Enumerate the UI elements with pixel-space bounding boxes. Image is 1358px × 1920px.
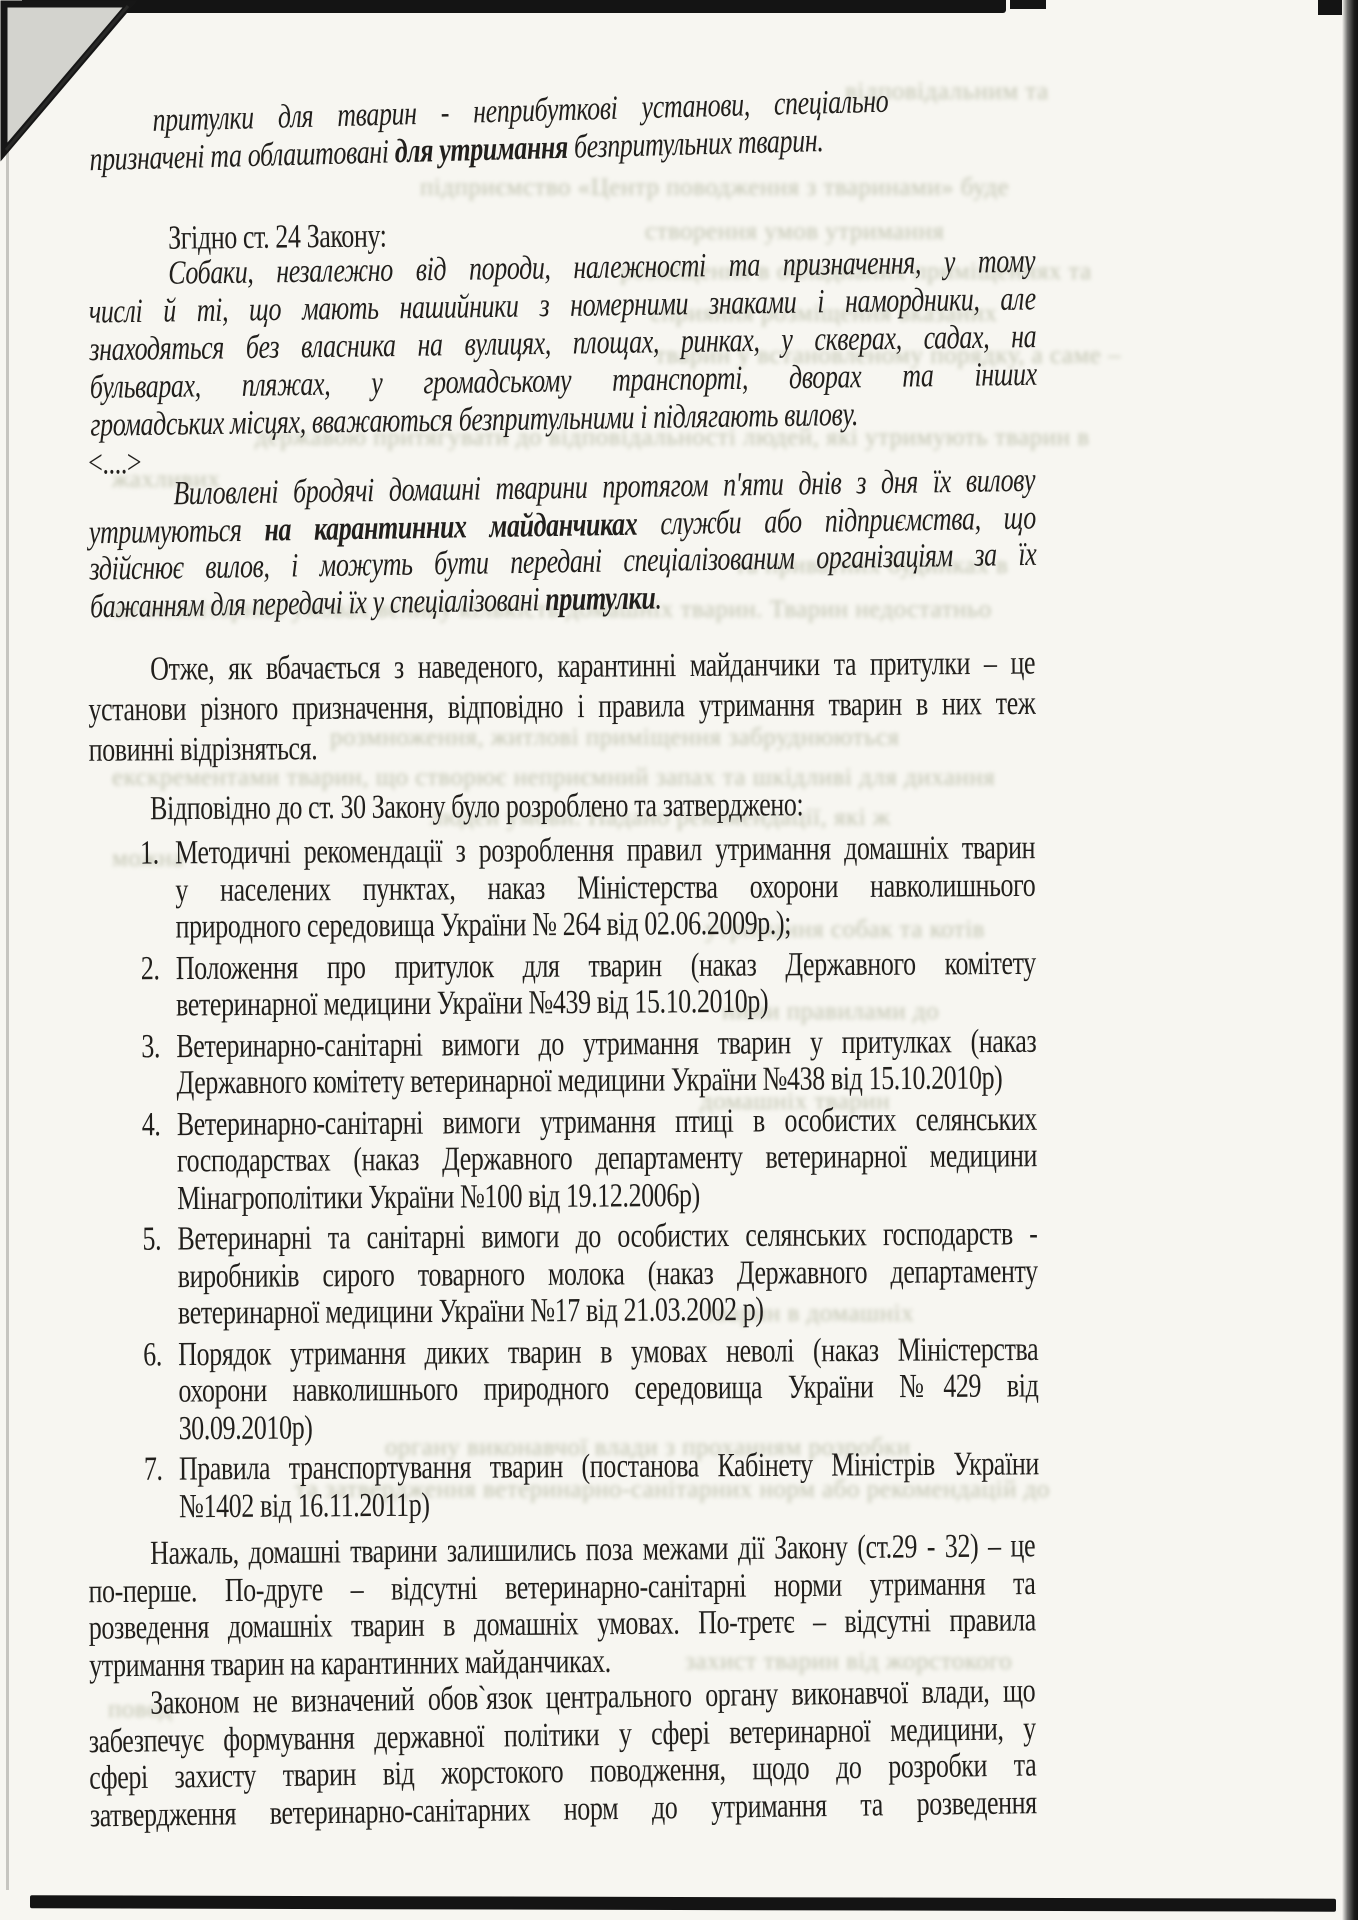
quote-stray-dogs: Собаки, незалежно від породи, належності… bbox=[88, 242, 1038, 444]
list-item-number: 1. bbox=[140, 835, 159, 872]
scan-edge-top-2 bbox=[1010, 0, 1046, 9]
folded-corner bbox=[0, 0, 150, 165]
law-item-text: Правила транспортування тварин (постанов… bbox=[179, 1446, 1039, 1525]
law-list-item-7: 7. Правила транспортування тварин (поста… bbox=[144, 1446, 1039, 1526]
quote-caught-animals: Виловлені бродячі домашні тварини протяг… bbox=[88, 462, 1037, 625]
law-item-text: Ветеринарні та санітарні вимоги до особи… bbox=[177, 1216, 1038, 1332]
scan-edge-right bbox=[1342, 0, 1358, 1920]
scan-edge-left bbox=[6, 150, 9, 1890]
list-item-number: 6. bbox=[143, 1336, 162, 1373]
list-item-number: 4. bbox=[142, 1106, 161, 1143]
law-list-item-2: 2. Положення про притулок для тварин (на… bbox=[141, 945, 1036, 1025]
law-list-item-5: 5. Ветеринарні та санітарні вимоги до ос… bbox=[142, 1216, 1038, 1333]
heading-article-30-list: Відповідно до ст. 30 Закону було розробл… bbox=[88, 785, 1035, 828]
law-list-item-6: 6. Порядок утримання диких тварин в умов… bbox=[143, 1331, 1039, 1448]
bleedthrough-text: підприємство «Центр поводження з тварина… bbox=[420, 174, 1009, 202]
law-list-item-3: 3. Ветеринарно-санітарні вимоги до утрим… bbox=[141, 1023, 1036, 1103]
list-item-number: 7. bbox=[144, 1451, 163, 1488]
law-item-text: Методичні рекомендації з розроблення пра… bbox=[175, 830, 1036, 946]
law-list-item-1: 1. Методичні рекомендації з розроблення … bbox=[140, 830, 1036, 947]
scan-edge-top bbox=[22, 0, 1006, 13]
paragraph-law-gap: Законом не визначений обов`язок централь… bbox=[88, 1673, 1037, 1834]
list-item-number: 3. bbox=[141, 1028, 160, 1065]
list-item-number: 2. bbox=[141, 950, 160, 987]
scanned-page: відповідальним тапідприємство «Центр пов… bbox=[0, 0, 1358, 1920]
law-item-text: Порядок утримання диких тварин в умовах … bbox=[178, 1331, 1039, 1447]
law-item-text: Ветеринарно-санітарні вимоги утримання п… bbox=[177, 1101, 1038, 1217]
law-list: 1. Методичні рекомендації з розроблення … bbox=[140, 830, 1039, 1530]
list-item-number: 5. bbox=[142, 1221, 161, 1258]
paragraph-conclusion: Отже, як вбачається з наведеного, карант… bbox=[88, 642, 1036, 770]
paragraph-regret: Нажаль, домашні тварини залишились поза … bbox=[88, 1528, 1036, 1684]
law-list-item-4: 4. Ветеринарно-санітарні вимоги утриманн… bbox=[142, 1101, 1038, 1218]
law-item-text: Положення про притулок для тварин (наказ… bbox=[176, 945, 1036, 1024]
law-item-text: Ветеринарно-санітарні вимоги до утриманн… bbox=[176, 1023, 1036, 1102]
